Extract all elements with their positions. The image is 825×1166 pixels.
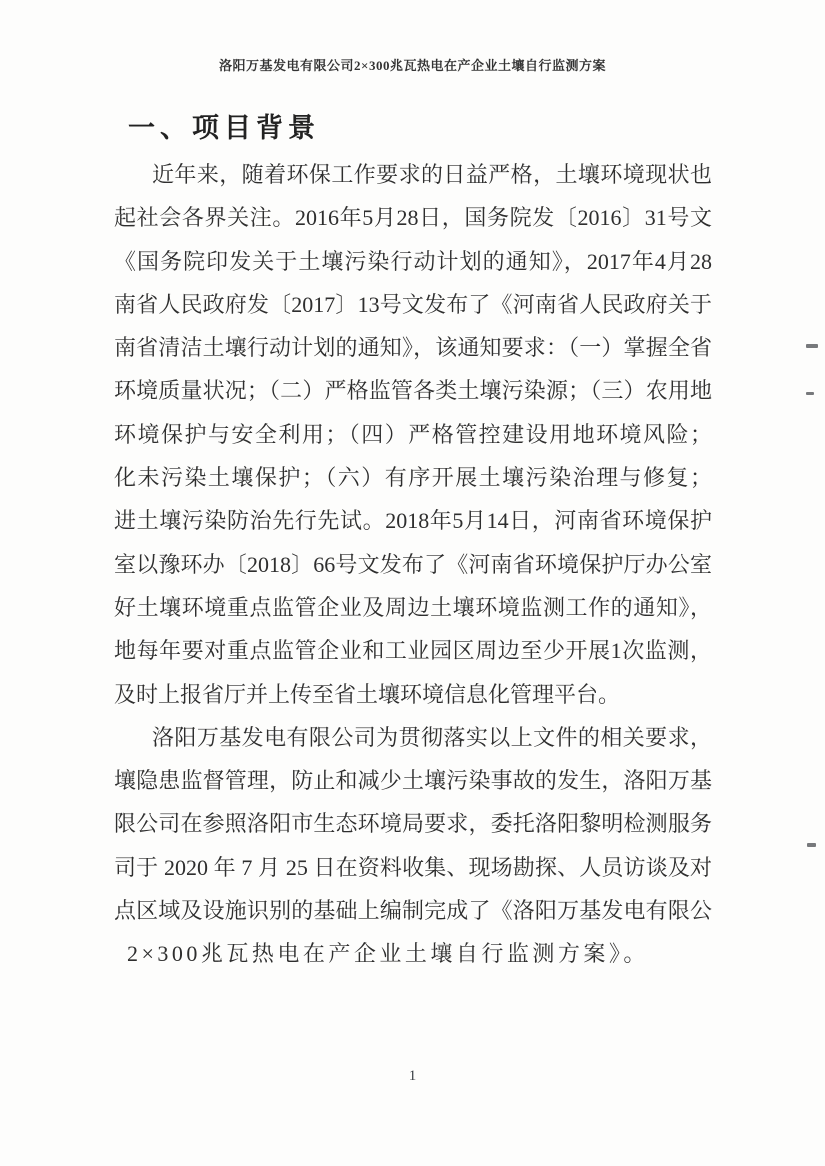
body-line: 2×300兆瓦热电在产企业土壤自行监测方案》。 [127,932,712,975]
body-line: 司于 2020 年 7 月 25 日在资料收集、现场勘探、人员访谈及对重 [114,846,712,889]
scan-artifact [807,843,816,847]
body-line: 限公司在参照洛阳市生态环境局要求，委托洛阳黎明检测服务有限公 [114,802,712,845]
body-line: 及时上报省厅并上传至省土壤环境信息化管理平台。 [114,673,712,716]
section-heading: 一、项目背景 [128,106,320,145]
page-header-title: 洛阳万基发电有限公司2×300兆瓦热电在产企业土壤自行监测方案 [0,55,825,74]
body-line: 近年来，随着环保工作要求的日益严格，土壤环境现状也愈发引 [114,153,712,196]
scan-artifact [806,344,818,348]
body-line: 点区域及设施识别的基础上编制完成了《洛阳万基发电有限公司 [114,889,712,932]
scan-artifact [806,392,814,395]
body-line: 进土壤污染防治先行先试。2018年5月14日，河南省环境保护厅办公 [114,499,712,542]
body-line: 地每年要对重点监管企业和工业园区周边至少开展1次监测，数据应 [114,629,712,672]
body-line: 壤隐患监督管理，防止和减少土壤污染事故的发生，洛阳万基发电有 [114,759,712,802]
document-page: 洛阳万基发电有限公司2×300兆瓦热电在产企业土壤自行监测方案 一、项目背景 近… [0,0,825,1166]
page-number: 1 [0,1068,825,1085]
body-line: 化未污染土壤保护；（六）有序开展土壤污染治理与修复；（七）推 [114,456,712,499]
body-line: 室以豫环办〔2018〕66号文发布了《河南省环境保护厅办公室关于做 [114,543,712,586]
body-line: 环境质量状况；（二）严格监管各类土壤污染源；（三）农用地土壤 [114,369,712,412]
body-line: 南省清洁土壤行动计划的通知》，该通知要求：（一）掌握全省土壤 [114,326,712,369]
body-line: 起社会各界关注。2016年5月28日，国务院发〔2016〕31号文发布了 [114,196,712,239]
body-line: 好土壤环境重点监管企业及周边土壤环境监测工作的通知》，要求各 [114,586,712,629]
body-text: 近年来，随着环保工作要求的日益严格，土壤环境现状也愈发引 起社会各界关注。201… [114,153,712,976]
body-line: 洛阳万基发电有限公司为贯彻落实以上文件的相关要求，加强土 [114,716,712,759]
body-line: 环境保护与安全利用；（四）严格管控建设用地环境风险；（五）强 [114,413,712,456]
body-line: 《国务院印发关于土壤污染行动计划的通知》，2017年4月28日，河 [114,240,712,283]
body-line: 南省人民政府发〔2017〕13号文发布了《河南省人民政府关于印发河 [114,283,712,326]
